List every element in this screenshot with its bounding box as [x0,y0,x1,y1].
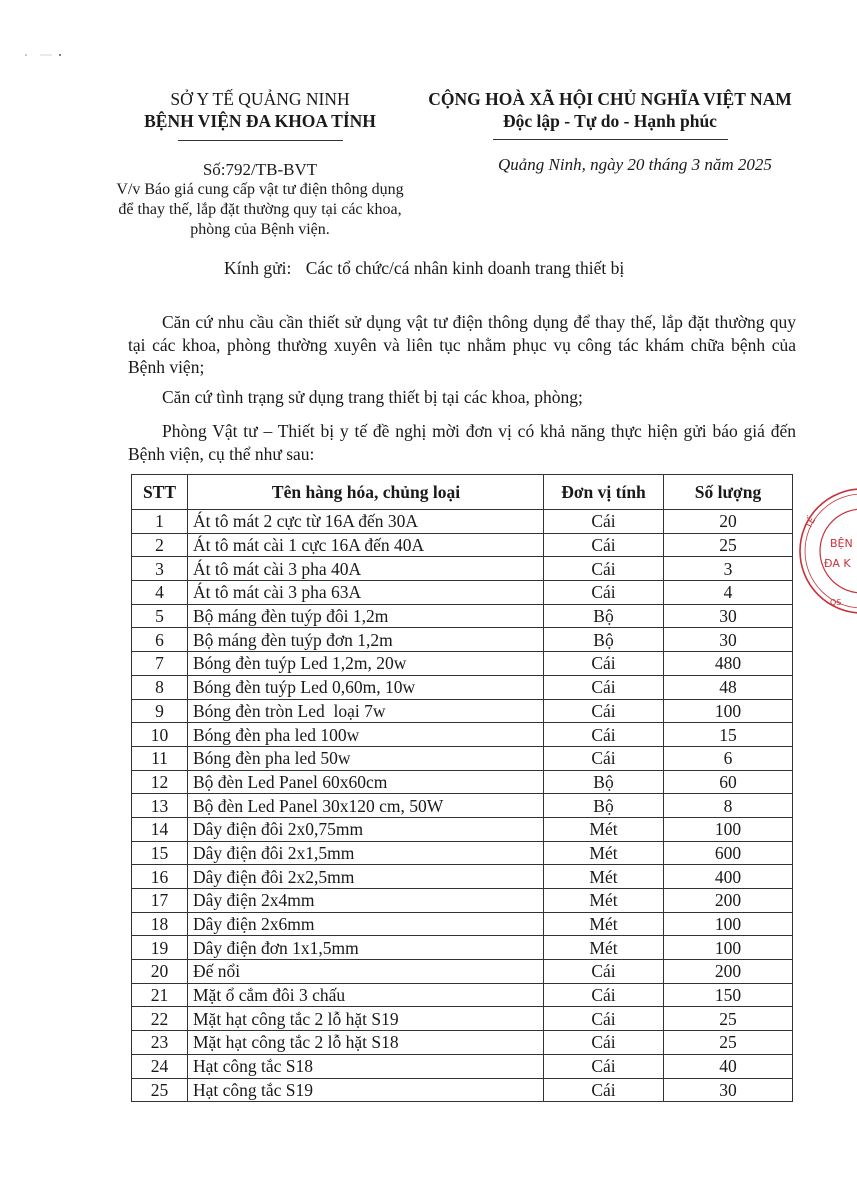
cell-item-name: Át tô mát cài 1 cực 16A đến 40A [188,533,544,557]
cell-unit: Cái [544,557,664,581]
cell-stt: 16 [132,865,188,889]
cell-stt: 19 [132,936,188,960]
motto-underline [493,139,728,140]
cell-stt: 6 [132,628,188,652]
table-row: 14Dây điện đôi 2x0,75mmMét100 [132,817,793,841]
cell-item-name: Dây điện 2x6mm [188,912,544,936]
cell-unit: Cái [544,533,664,557]
cell-stt: 8 [132,675,188,699]
cell-unit: Cái [544,699,664,723]
cell-stt: 11 [132,746,188,770]
cell-stt: 20 [132,960,188,984]
table-row: 25Hạt công tắc S19Cái30 [132,1078,793,1102]
document-number: Số:792/TB-BVT [95,159,425,180]
table-row: 3Át tô mát cài 3 pha 40ACái3 [132,557,793,581]
cell-quantity: 48 [664,675,793,699]
cell-unit: Cái [544,960,664,984]
issuer-underline [178,140,343,141]
cell-item-name: Mặt ổ cắm đôi 3 chấu [188,983,544,1007]
stamp-text-1: BỆN [830,537,853,550]
table-row: 8Bóng đèn tuýp Led 0,60m, 10wCái48 [132,675,793,699]
cell-unit: Cái [544,1078,664,1102]
cell-quantity: 40 [664,1054,793,1078]
cell-quantity: 200 [664,889,793,913]
official-stamp: BỆN ĐA K TẾ QS [790,487,857,617]
cell-item-name: Bóng đèn tuýp Led 0,60m, 10w [188,675,544,699]
table-row: 2Át tô mát cài 1 cực 16A đến 40ACái25 [132,533,793,557]
body-paragraph-2: Căn cứ tình trạng sử dụng trang thiết bị… [128,386,796,409]
cell-item-name: Bóng đèn pha led 50w [188,746,544,770]
cell-unit: Cái [544,1007,664,1031]
table-row: 10Bóng đèn pha led 100wCái15 [132,723,793,747]
cell-unit: Cái [544,581,664,605]
cell-item-name: Át tô mát 2 cực từ 16A đến 30A [188,510,544,534]
cell-stt: 7 [132,652,188,676]
header-unit: Đơn vị tính [544,475,664,510]
table-row: 13Bộ đèn Led Panel 30x120 cm, 50WBộ8 [132,794,793,818]
cell-item-name: Bóng đèn pha led 100w [188,723,544,747]
cell-quantity: 200 [664,960,793,984]
cell-unit: Bộ [544,770,664,794]
cell-unit: Cái [544,1054,664,1078]
cell-quantity: 15 [664,723,793,747]
subject-line-1: V/v Báo giá cung cấp vật tư điện thông d… [95,180,425,200]
header-item-name: Tên hàng hóa, chủng loại [188,475,544,510]
cell-quantity: 600 [664,841,793,865]
cell-stt: 12 [132,770,188,794]
cell-item-name: Bộ đèn Led Panel 30x120 cm, 50W [188,794,544,818]
cell-item-name: Bộ máng đèn tuýp đôi 1,2m [188,604,544,628]
materials-table: STT Tên hàng hóa, chủng loại Đơn vị tính… [131,474,793,1102]
table-row: 12Bộ đèn Led Panel 60x60cmBộ60 [132,770,793,794]
cell-item-name: Hạt công tắc S19 [188,1078,544,1102]
table-row: 5Bộ máng đèn tuýp đôi 1,2mBộ30 [132,604,793,628]
cell-unit: Mét [544,841,664,865]
cell-stt: 18 [132,912,188,936]
table-row: 4Át tô mát cài 3 pha 63ACái4 [132,581,793,605]
table-row: 20Đế nổiCái200 [132,960,793,984]
cell-quantity: 25 [664,1007,793,1031]
cell-quantity: 20 [664,510,793,534]
table-row: 16Dây điện đôi 2x2,5mmMét400 [132,865,793,889]
cell-item-name: Dây điện đơn 1x1,5mm [188,936,544,960]
table-row: 9Bóng đèn tròn Led loại 7wCái100 [132,699,793,723]
cell-unit: Mét [544,912,664,936]
table-row: 24Hạt công tắc S18Cái40 [132,1054,793,1078]
subject-line-3: phòng của Bệnh viện. [95,220,425,240]
cell-unit: Mét [544,889,664,913]
cell-stt: 17 [132,889,188,913]
cell-stt: 13 [132,794,188,818]
cell-item-name: Át tô mát cài 3 pha 40A [188,557,544,581]
cell-stt: 15 [132,841,188,865]
cell-quantity: 30 [664,628,793,652]
scan-mark-decoration [24,52,64,58]
table-row: 21Mặt ổ cắm đôi 3 chấuCái150 [132,983,793,1007]
cell-stt: 21 [132,983,188,1007]
recipient-label: Kính gửi: [224,258,291,278]
cell-quantity: 25 [664,533,793,557]
dateline: Quảng Ninh, ngày 20 tháng 3 năm 2025 [498,155,772,175]
cell-unit: Mét [544,865,664,889]
cell-unit: Mét [544,936,664,960]
cell-item-name: Át tô mát cài 3 pha 63A [188,581,544,605]
cell-item-name: Đế nổi [188,960,544,984]
table-row: 18Dây điện 2x6mmMét100 [132,912,793,936]
cell-stt: 9 [132,699,188,723]
cell-item-name: Bóng đèn tuýp Led 1,2m, 20w [188,652,544,676]
stamp-text-2: ĐA K [824,557,851,570]
table-row: 17Dây điện 2x4mmMét200 [132,889,793,913]
table-row: 1Át tô mát 2 cực từ 16A đến 30ACái20 [132,510,793,534]
cell-quantity: 8 [664,794,793,818]
cell-stt: 25 [132,1078,188,1102]
body-paragraph-1: Căn cứ nhu cầu cần thiết sử dụng vật tư … [128,311,796,379]
nation-name: CỘNG HOÀ XÃ HỘI CHỦ NGHĨA VIỆT NAM [400,88,820,110]
issuer-block: SỞ Y TẾ QUẢNG NINH BỆNH VIỆN ĐA KHOA TỈN… [95,88,425,240]
cell-unit: Bộ [544,794,664,818]
cell-stt: 5 [132,604,188,628]
cell-unit: Cái [544,675,664,699]
cell-item-name: Dây điện đôi 2x0,75mm [188,817,544,841]
cell-stt: 22 [132,1007,188,1031]
cell-stt: 10 [132,723,188,747]
cell-unit: Cái [544,1031,664,1055]
cell-quantity: 25 [664,1031,793,1055]
cell-unit: Cái [544,983,664,1007]
cell-quantity: 30 [664,604,793,628]
table-row: 6Bộ máng đèn tuýp đơn 1,2mBộ30 [132,628,793,652]
cell-quantity: 100 [664,699,793,723]
cell-item-name: Dây điện đôi 2x2,5mm [188,865,544,889]
cell-stt: 3 [132,557,188,581]
cell-stt: 23 [132,1031,188,1055]
cell-unit: Bộ [544,628,664,652]
table-row: 11Bóng đèn pha led 50wCái6 [132,746,793,770]
cell-item-name: Dây điện đôi 2x1,5mm [188,841,544,865]
cell-stt: 14 [132,817,188,841]
cell-stt: 1 [132,510,188,534]
table-row: 23Mặt hạt công tắc 2 lỗ hặt S18Cái25 [132,1031,793,1055]
cell-quantity: 60 [664,770,793,794]
cell-quantity: 6 [664,746,793,770]
table-row: 7Bóng đèn tuýp Led 1,2m, 20wCái480 [132,652,793,676]
cell-quantity: 3 [664,557,793,581]
subject-line-2: để thay thế, lắp đặt thường quy tại các … [95,200,425,220]
cell-stt: 4 [132,581,188,605]
cell-unit: Cái [544,510,664,534]
cell-item-name: Bộ đèn Led Panel 60x60cm [188,770,544,794]
cell-unit: Cái [544,652,664,676]
organization-name: BỆNH VIỆN ĐA KHOA TỈNH [95,110,425,132]
cell-item-name: Bóng đèn tròn Led loại 7w [188,699,544,723]
recipient-line: Kính gửi: Các tổ chức/cá nhân kinh doanh… [224,258,624,279]
cell-quantity: 4 [664,581,793,605]
cell-quantity: 100 [664,912,793,936]
cell-unit: Cái [544,746,664,770]
cell-unit: Cái [544,723,664,747]
ministry-name: SỞ Y TẾ QUẢNG NINH [95,88,425,110]
cell-quantity: 100 [664,817,793,841]
header-quantity: Số lượng [664,475,793,510]
cell-item-name: Dây điện 2x4mm [188,889,544,913]
cell-unit: Mét [544,817,664,841]
cell-quantity: 30 [664,1078,793,1102]
cell-item-name: Mặt hạt công tắc 2 lỗ hặt S18 [188,1031,544,1055]
cell-quantity: 100 [664,936,793,960]
table-row: 22Mặt hạt công tắc 2 lỗ hặt S19Cái25 [132,1007,793,1031]
cell-quantity: 480 [664,652,793,676]
stamp-text-4: QS [830,598,841,607]
cell-unit: Bộ [544,604,664,628]
table-header-row: STT Tên hàng hóa, chủng loại Đơn vị tính… [132,475,793,510]
cell-item-name: Bộ máng đèn tuýp đơn 1,2m [188,628,544,652]
cell-quantity: 150 [664,983,793,1007]
cell-item-name: Mặt hạt công tắc 2 lỗ hặt S19 [188,1007,544,1031]
cell-quantity: 400 [664,865,793,889]
national-motto: Độc lập - Tự do - Hạnh phúc [400,110,820,132]
recipient-value: Các tổ chức/cá nhân kinh doanh trang thi… [306,258,625,278]
table-row: 19Dây điện đơn 1x1,5mmMét100 [132,936,793,960]
cell-stt: 24 [132,1054,188,1078]
cell-item-name: Hạt công tắc S18 [188,1054,544,1078]
body-paragraph-3: Phòng Vật tư – Thiết bị y tế đề nghị mời… [128,420,796,465]
table-row: 15Dây điện đôi 2x1,5mmMét600 [132,841,793,865]
header-stt: STT [132,475,188,510]
national-header: CỘNG HOÀ XÃ HỘI CHỦ NGHĨA VIỆT NAM Độc l… [400,88,820,140]
cell-stt: 2 [132,533,188,557]
